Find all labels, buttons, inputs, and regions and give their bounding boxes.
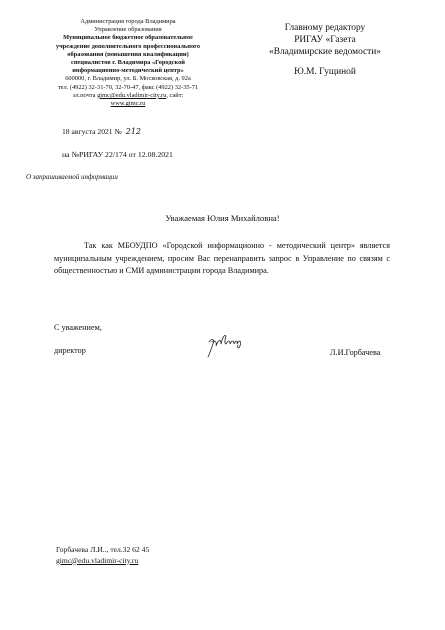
sender-contacts: эл.почта gimc@edu.vladimir-city.ru, сайт… <box>38 92 218 100</box>
sender-org-line: информационно-методический центр» <box>38 67 218 75</box>
sender-address: 600000, г. Владимир, ул. Б. Московская, … <box>38 75 218 83</box>
signature-icon <box>206 330 246 360</box>
executor-email-link[interactable]: gimc@edu.vladimir-city.ru <box>56 556 138 565</box>
signatory-name: Л.И.Горбачева <box>330 348 380 357</box>
sender-email-link[interactable]: gimc@edu.vladimir-city.ru <box>97 92 166 99</box>
executor-contact: Горбачева Л.И.., тел.32 62 45 gimc@edu.v… <box>56 545 149 566</box>
sender-org-line: учреждение дополнительного профессиональ… <box>38 43 218 51</box>
recipient-org: «Владимирские ведомости» <box>250 47 400 59</box>
sender-admin: Администрация города Владимира <box>38 18 218 26</box>
letter-body: Так как МБОУДПО «Городской информационно… <box>54 240 390 278</box>
sender-site-link[interactable]: www.gimc.ru <box>111 100 146 107</box>
reference-line: на №РИГАУ 22/174 от 12.08.2021 <box>62 150 173 159</box>
greeting: Уважаемая Юлия Михайловна! <box>0 213 445 223</box>
outgoing-date-number: 18 августа 2021 №212 <box>62 127 141 136</box>
recipient-title: Главному редактору <box>250 23 400 35</box>
sender-letterhead: Администрация города Владимира Управлени… <box>38 18 218 108</box>
site-label: , сайт: <box>166 92 183 99</box>
outgoing-date: 18 августа 2021 № <box>62 127 122 136</box>
sender-org-line: Муниципальное бюджетное образовательное <box>38 34 218 42</box>
recipient-name: Ю.М. Гущиной <box>250 67 400 79</box>
sender-phones: тел. (4922) 32-31-70, 32-70-47, факс (49… <box>38 84 218 92</box>
signatory-position: директор <box>54 346 86 355</box>
executor-line: Горбачева Л.И.., тел.32 62 45 <box>56 545 149 556</box>
sender-org-line: образования (повышения квалификации) <box>38 51 218 59</box>
sender-department: Управление образования <box>38 26 218 34</box>
sender-org-line: специалистов г. Владимира «Городской <box>38 59 218 67</box>
subject-line: О запрашиваемой информации <box>26 173 118 181</box>
email-label: эл.почта <box>73 92 97 99</box>
recipient-block: Главному редактору РИГАУ «Газета «Владим… <box>250 23 400 79</box>
recipient-org: РИГАУ «Газета <box>250 35 400 47</box>
closing: С уважением, <box>54 323 102 332</box>
outgoing-number: 212 <box>126 127 141 136</box>
